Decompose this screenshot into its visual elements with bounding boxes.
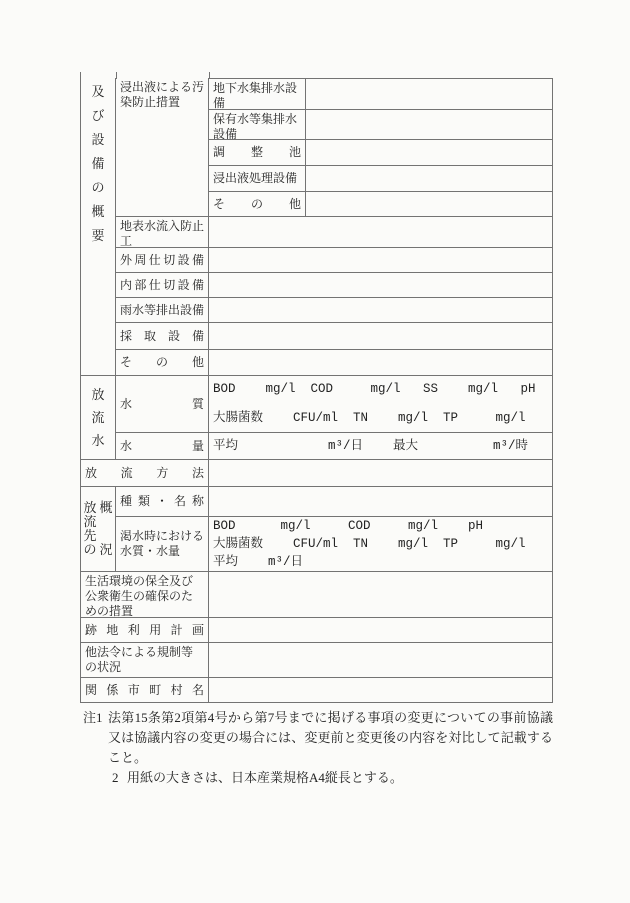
seepage-control-label: 浸出液による汚染防止措置 <box>116 78 209 217</box>
other-laws-regulations-value-cell <box>209 643 553 678</box>
label-text: 他法令による規制等の状況 <box>85 645 204 675</box>
sampling-equipment-label: 採取設備 <box>116 323 209 350</box>
site-use-plan-label: 跡地利用計画 <box>80 618 209 643</box>
leachate-treatment-value-cell <box>306 166 553 192</box>
label-text: 種類・名称 <box>120 494 204 509</box>
footer-notes: 注1 法第15条第2項第4号から第7号までに掲げる事項の変更についての事前協議又… <box>83 708 553 788</box>
form-grid: 及 び 設 備 の 概 要 浸出液による汚染防止措置 地下水集排水設備 保有水等… <box>80 78 553 703</box>
inner-partition-value-cell <box>209 273 553 298</box>
label-text: 渇水時における水質・水量 <box>120 529 204 559</box>
outfall-side-col2: 概 況 <box>100 501 113 557</box>
note-1: 注1 法第15条第2項第4号から第7号までに掲げる事項の変更についての事前協議又… <box>83 708 553 768</box>
label-text: 外周仕切設備 <box>120 253 204 268</box>
seepage-other-label: その他 <box>209 192 306 217</box>
side-char: 概 <box>100 501 113 515</box>
label-text: 地表水流入防止工 <box>120 219 204 248</box>
rainwater-drainage-label: 雨水等排出設備 <box>116 298 209 323</box>
note-1-number: 注1 <box>83 708 108 768</box>
side-char: 概 <box>91 205 104 218</box>
drought-quality-volume-label: 渇水時における水質・水量 <box>116 517 209 572</box>
drought-line3: 平均 m³/日 <box>213 555 303 570</box>
side-char: 流 <box>91 411 104 424</box>
label-text: その他 <box>213 197 301 212</box>
leachate-treatment-label: 浸出液処理設備 <box>209 166 306 192</box>
side-char: 放 <box>83 501 96 515</box>
side-char: 及 <box>91 85 104 98</box>
label-text: 内部仕切設備 <box>120 278 204 293</box>
surface-water-inflow-prevention-label: 地表水流入防止工 <box>116 217 209 248</box>
water-volume-label: 水量 <box>116 433 209 460</box>
label-text: 水量 <box>120 439 204 454</box>
water-quality-label: 水質 <box>116 376 209 433</box>
side-char: 設 <box>91 133 104 146</box>
drought-line1: BOD mg/l COD mg/l pH <box>213 519 483 534</box>
type-name-label: 種類・名称 <box>116 487 209 517</box>
border-overhang-left <box>80 72 81 79</box>
border-overhang-col2 <box>209 72 210 79</box>
water-quality-value-cell: BOD mg/l COD mg/l SS mg/l pH 大腸菌数 CFU/ml… <box>209 376 553 433</box>
related-municipalities-value-cell <box>209 678 553 703</box>
environment-preservation-measures-value-cell <box>209 572 553 618</box>
label-text: 浸出液処理設備 <box>213 171 301 186</box>
side-char: 水 <box>91 434 104 447</box>
retained-water-drainage-value-cell <box>306 110 553 140</box>
side-char: 流 <box>83 515 96 529</box>
form-table: 及 び 設 備 の 概 要 浸出液による汚染防止措置 地下水集排水設備 保有水等… <box>80 72 553 703</box>
facility-other-value-cell <box>209 350 553 376</box>
outer-partition-value-cell <box>209 248 553 273</box>
regulating-pond-value-cell <box>306 140 553 166</box>
outfall-side-col1: 放 流 先 の <box>83 501 96 557</box>
label-text: 水質 <box>120 397 204 412</box>
label-text: 生活環境の保全及び公衆衛生の確保のための措置 <box>85 574 204 618</box>
note-2: 2 用紙の大きさは、日本産業規格A4縦長とする。 <box>112 768 553 788</box>
note-1-text: 法第15条第2項第4号から第7号までに掲げる事項の変更についての事前協議又は協議… <box>108 708 553 768</box>
groundwater-drainage-label: 地下水集排水設備 <box>209 78 306 110</box>
discharge-water-side-header: 放 流 水 <box>80 376 116 460</box>
side-char: の <box>91 181 104 194</box>
regulating-pond-label: 調整池 <box>209 140 306 166</box>
water-quality-line2: 大腸菌数 CFU/ml TN mg/l TP mg/l <box>213 411 526 426</box>
inner-partition-label: 内部仕切設備 <box>116 273 209 298</box>
label-text: 地下水集排水設備 <box>213 81 301 110</box>
label-text: 跡地利用計画 <box>85 623 204 638</box>
side-char: 況 <box>100 543 113 557</box>
water-volume-line: 平均 m³/日 最大 m³/時 <box>213 439 528 454</box>
side-char: 先 <box>83 529 96 543</box>
side-char: 備 <box>91 157 104 170</box>
label-text: 調整池 <box>213 145 301 160</box>
label-text: その他 <box>120 355 204 370</box>
label-text: 雨水等排出設備 <box>120 303 204 318</box>
label-text: 関係市町村名 <box>85 683 204 698</box>
border-overhang-col1 <box>116 72 117 79</box>
environment-preservation-measures-label: 生活環境の保全及び公衆衛生の確保のための措置 <box>80 572 209 618</box>
rainwater-drainage-value-cell <box>209 298 553 323</box>
side-char: 要 <box>91 229 104 242</box>
drought-line2: 大腸菌数 CFU/ml TN mg/l TP mg/l <box>213 537 526 552</box>
drought-quality-volume-value-cell: BOD mg/l COD mg/l pH 大腸菌数 CFU/ml TN mg/l… <box>209 517 553 572</box>
label-text: 保有水等集排水設備 <box>213 112 301 140</box>
outfall-side-columns: 放 流 先 の 概 況 <box>83 501 112 557</box>
surface-water-inflow-prevention-value-cell <box>209 217 553 248</box>
side-char: の <box>83 543 96 557</box>
related-municipalities-label: 関係市町村名 <box>80 678 209 703</box>
site-use-plan-value-cell <box>209 618 553 643</box>
label-text: 放流方法 <box>85 466 204 481</box>
note-2-text: 用紙の大きさは、日本産業規格A4縦長とする。 <box>127 768 553 788</box>
discharge-method-value-cell <box>209 460 553 487</box>
side-char: び <box>91 109 104 122</box>
seepage-other-value-cell <box>306 192 553 217</box>
type-name-value-cell <box>209 487 553 517</box>
form-page: 及 び 設 備 の 概 要 浸出液による汚染防止措置 地下水集排水設備 保有水等… <box>0 0 630 903</box>
water-quality-line1: BOD mg/l COD mg/l SS mg/l pH <box>213 382 536 397</box>
note-2-number: 2 <box>112 768 127 788</box>
outfall-overview-side-header: 放 流 先 の 概 況 <box>80 487 116 572</box>
outer-partition-label: 外周仕切設備 <box>116 248 209 273</box>
facility-overview-side-header: 及 び 設 備 の 概 要 <box>80 78 116 376</box>
sampling-equipment-value-cell <box>209 323 553 350</box>
discharge-method-label: 放流方法 <box>80 460 209 487</box>
facility-other-label: その他 <box>116 350 209 376</box>
label-text: 浸出液による汚染防止措置 <box>120 80 204 110</box>
water-volume-value-cell: 平均 m³/日 最大 m³/時 <box>209 433 553 460</box>
label-text: 採取設備 <box>120 329 204 344</box>
groundwater-drainage-value-cell <box>306 78 553 110</box>
other-laws-regulations-label: 他法令による規制等の状況 <box>80 643 209 678</box>
retained-water-drainage-label: 保有水等集排水設備 <box>209 110 306 140</box>
side-char: 放 <box>91 388 104 401</box>
